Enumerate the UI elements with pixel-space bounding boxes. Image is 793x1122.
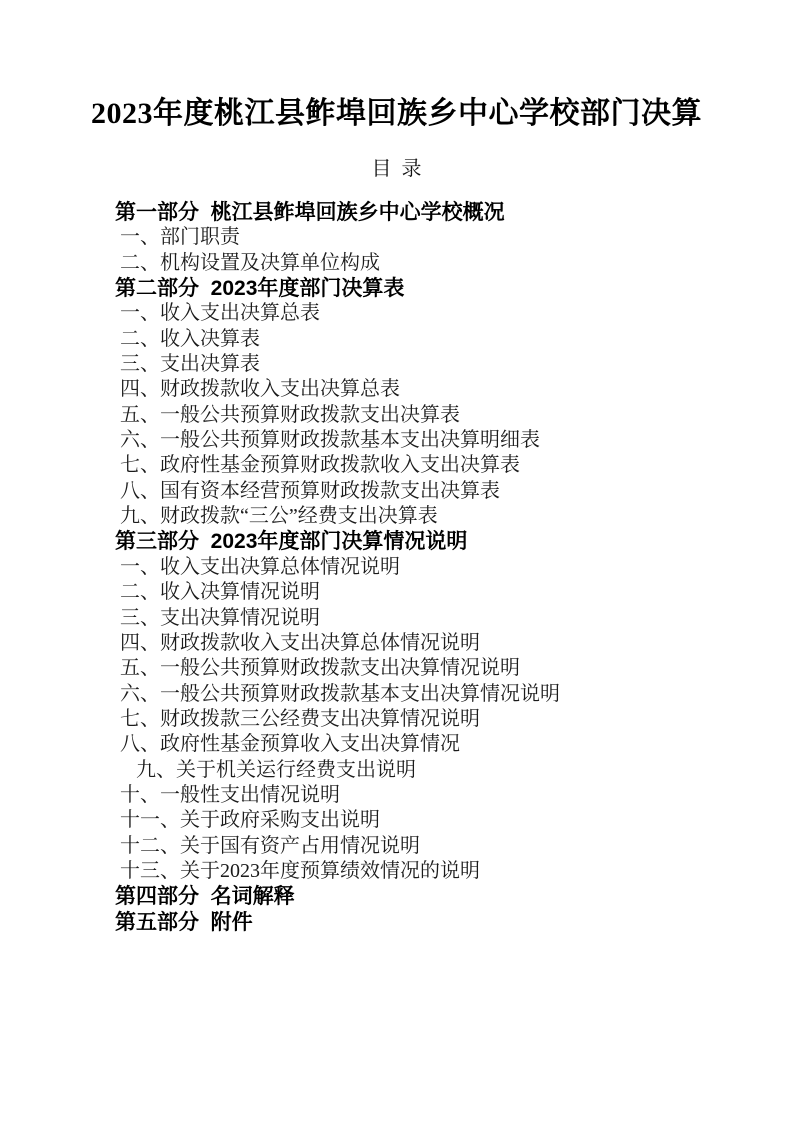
toc-item: 一、部门职责: [115, 225, 733, 250]
toc-item: 六、一般公共预算财政拨款基本支出决算明细表: [115, 428, 733, 453]
toc-item: 二、机构设置及决算单位构成: [115, 251, 733, 276]
toc-item: 二、收入决算表: [115, 327, 733, 352]
toc-item: 八、政府性基金预算收入支出决算情况: [115, 732, 733, 757]
toc-item: 九、关于机关运行经费支出说明: [115, 758, 733, 783]
table-of-contents: 第一部分 桃江县鲊埠回族乡中心学校概况一、部门职责二、机构设置及决算单位构成第二…: [0, 200, 793, 935]
toc-item: 十、一般性支出情况说明: [115, 783, 733, 808]
toc-item: 四、财政拨款收入支出决算总体情况说明: [115, 631, 733, 656]
toc-item: 十一、关于政府采购支出说明: [115, 808, 733, 833]
toc-section-header: 第二部分 2023年度部门决算表: [115, 276, 733, 301]
toc-item: 六、一般公共预算财政拨款基本支出决算情况说明: [115, 682, 733, 707]
toc-section-header: 第五部分 附件: [115, 910, 733, 935]
document-title: 2023年度桃江县鲊埠回族乡中心学校部门决算: [0, 92, 793, 136]
toc-item: 八、国有资本经营预算财政拨款支出决算表: [115, 479, 733, 504]
toc-item: 九、财政拨款“三公”经费支出决算表: [115, 504, 733, 529]
toc-item: 七、政府性基金预算财政拨款收入支出决算表: [115, 453, 733, 478]
toc-section-header: 第三部分 2023年度部门决算情况说明: [115, 529, 733, 554]
toc-heading: 目 录: [0, 157, 793, 181]
toc-section-header: 第一部分 桃江县鲊埠回族乡中心学校概况: [115, 200, 733, 225]
document-page: 2023年度桃江县鲊埠回族乡中心学校部门决算 目 录 第一部分 桃江县鲊埠回族乡…: [0, 0, 793, 1122]
toc-item: 十二、关于国有资产占用情况说明: [115, 834, 733, 859]
toc-item: 一、收入支出决算总表: [115, 301, 733, 326]
toc-item: 五、一般公共预算财政拨款支出决算情况说明: [115, 656, 733, 681]
toc-item: 四、财政拨款收入支出决算总表: [115, 377, 733, 402]
toc-item: 七、财政拨款三公经费支出决算情况说明: [115, 707, 733, 732]
toc-item: 二、收入决算情况说明: [115, 580, 733, 605]
toc-item: 一、收入支出决算总体情况说明: [115, 555, 733, 580]
toc-item: 三、支出决算表: [115, 352, 733, 377]
toc-item: 十三、关于2023年度预算绩效情况的说明: [115, 859, 733, 884]
toc-section-header: 第四部分 名词解释: [115, 884, 733, 909]
toc-item: 五、一般公共预算财政拨款支出决算表: [115, 403, 733, 428]
toc-item: 三、支出决算情况说明: [115, 606, 733, 631]
